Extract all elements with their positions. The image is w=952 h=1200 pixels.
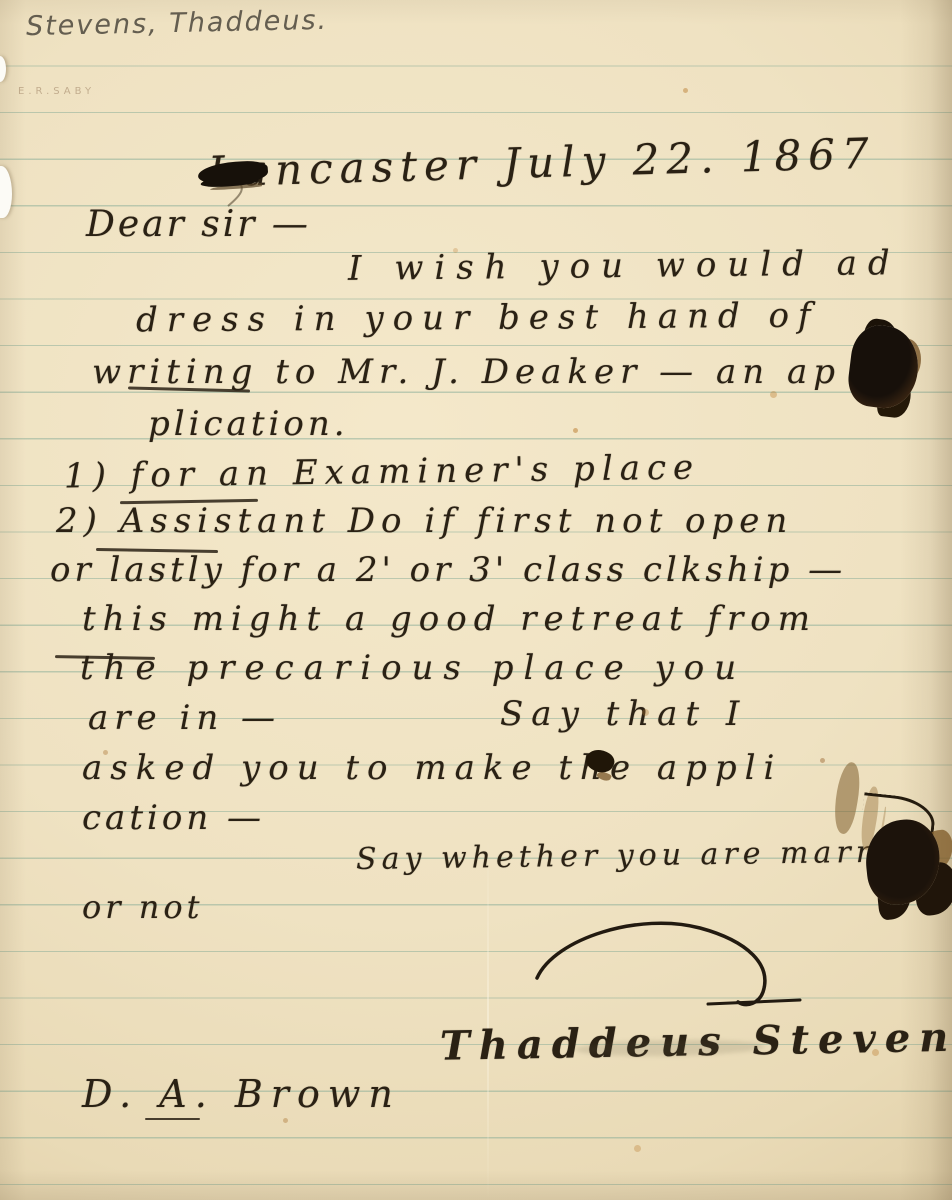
ink-smear [830, 761, 864, 836]
letter-postscript: Say whether you are married [356, 834, 937, 877]
salutation: Dear sir — [86, 204, 311, 245]
letter-line: Say that I [500, 694, 747, 734]
letter-line: I wish you would ad [348, 243, 901, 289]
collector-stamp: E.R.SABY [18, 86, 95, 97]
pen-stroke [145, 1118, 200, 1120]
letter-line: this might a good retreat from [82, 599, 817, 639]
addressee-name: D. A. Brown [82, 1072, 401, 1116]
letter-line-numbered-1: 1) for an Examiner's place [64, 448, 701, 497]
paper-crease [487, 840, 489, 1200]
torn-edge-chip [0, 166, 12, 218]
foxing-spots [573, 428, 578, 433]
letter-line: the precarious place you [80, 648, 746, 688]
letter-line: writing to Mr. J. Deaker — an ap [92, 352, 841, 392]
ink-blot [845, 322, 922, 412]
letter-line: plication. [148, 404, 349, 444]
archival-annotation: Stevens, Thaddeus. [26, 5, 329, 42]
letter-line: asked you to make the appli [82, 748, 782, 788]
letter-line: cation — [82, 798, 265, 838]
letter-line-numbered-2: 2) Assistant Do if first not open [56, 501, 793, 541]
letter-page: Stevens, Thaddeus. E.R.SABY Lancaster Ju… [0, 0, 952, 1200]
letter-line: dress in your best hand of [136, 296, 820, 341]
torn-edge-chip [0, 56, 6, 82]
letter-postscript: or not [82, 888, 203, 926]
dateline: Lancaster July 22. 1867 [207, 129, 876, 197]
letter-line: are in — [88, 698, 281, 738]
letter-line: or lastly for a 2' or 3' class clkship — [50, 550, 846, 590]
pen-flourish-hook [860, 792, 937, 842]
